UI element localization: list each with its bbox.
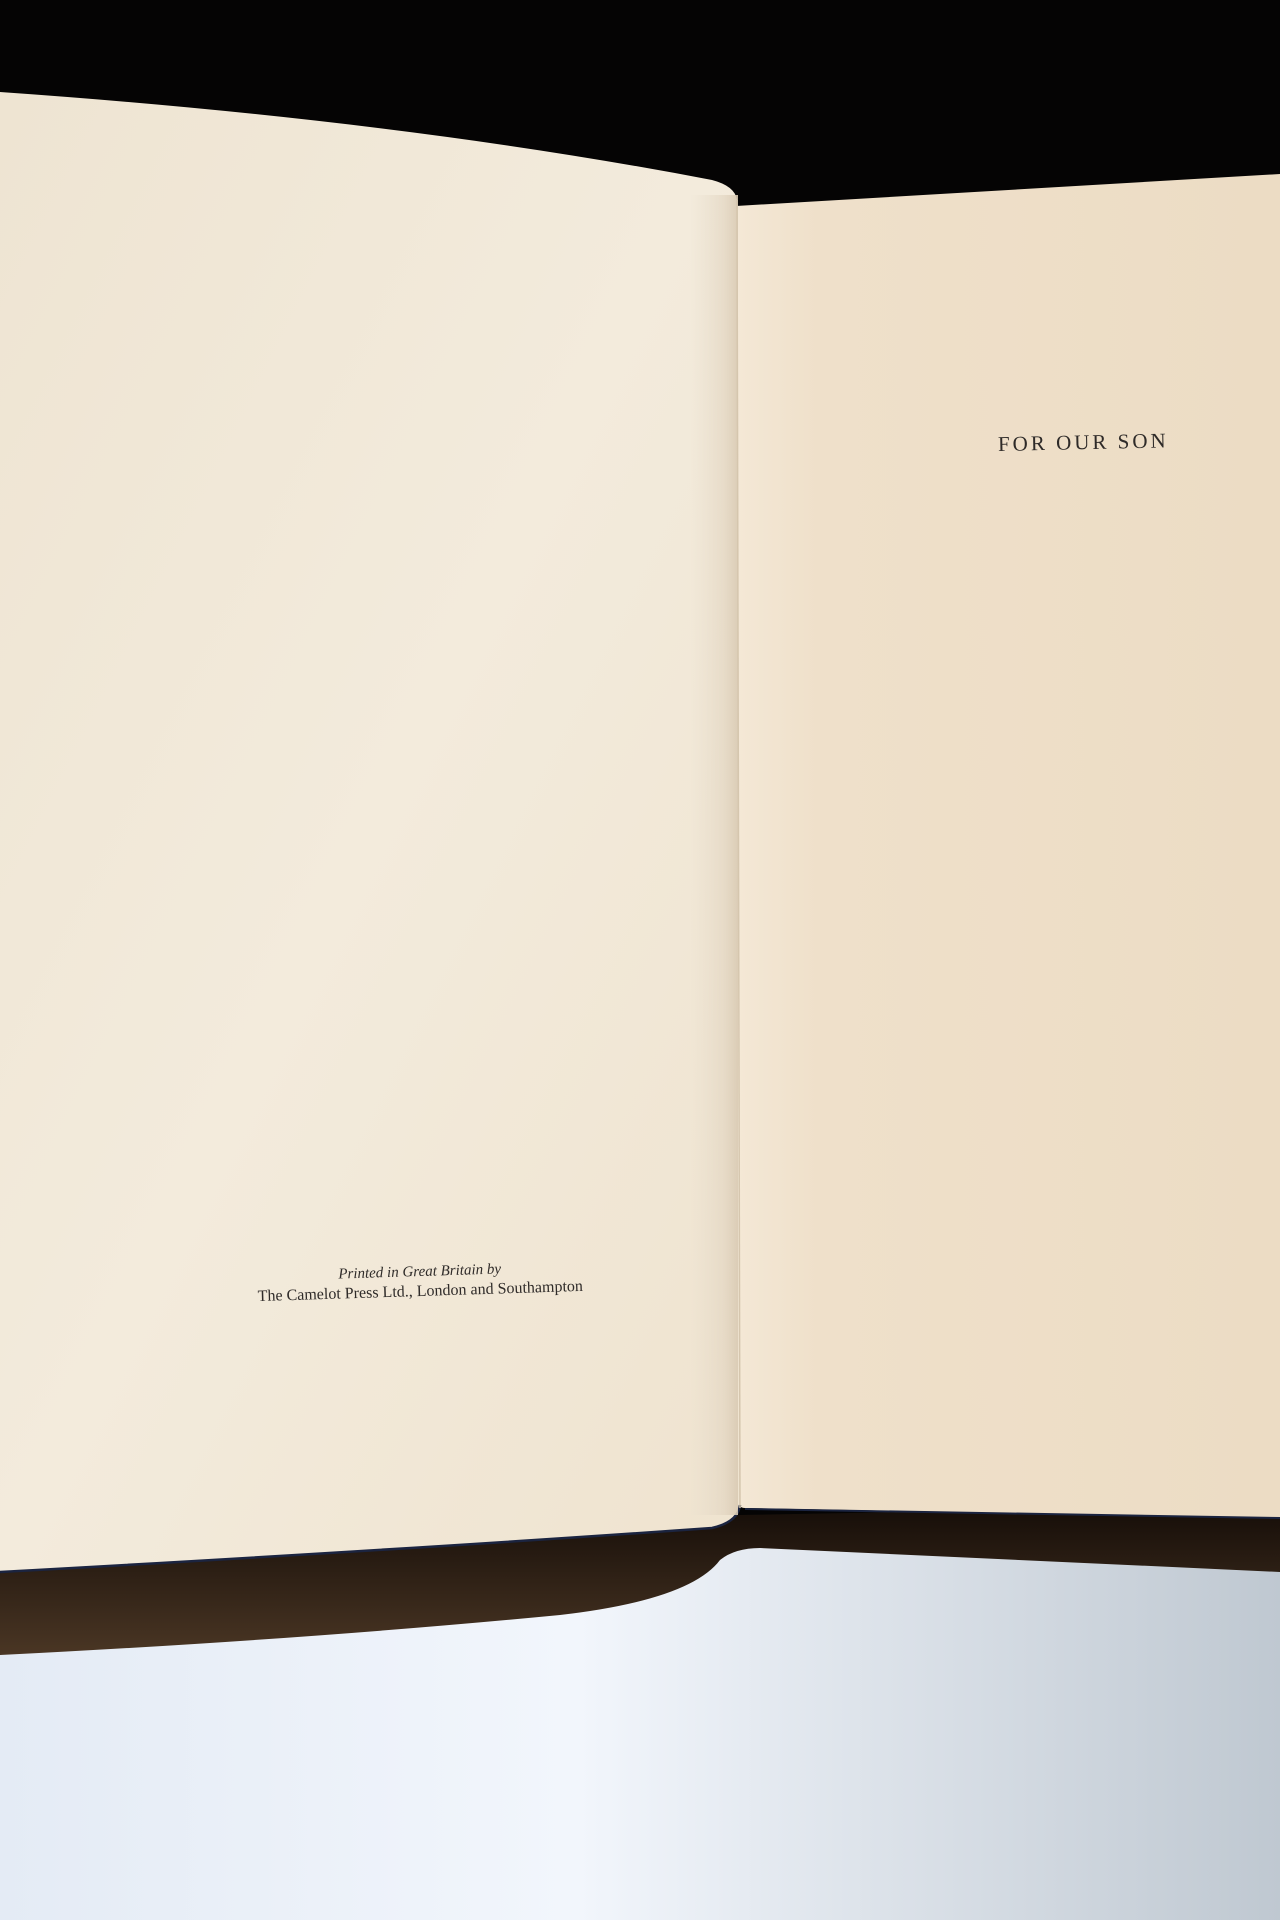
book-photo xyxy=(0,0,1280,1920)
right-page xyxy=(736,174,1280,1518)
left-page xyxy=(0,92,740,1572)
gutter xyxy=(690,195,738,1515)
